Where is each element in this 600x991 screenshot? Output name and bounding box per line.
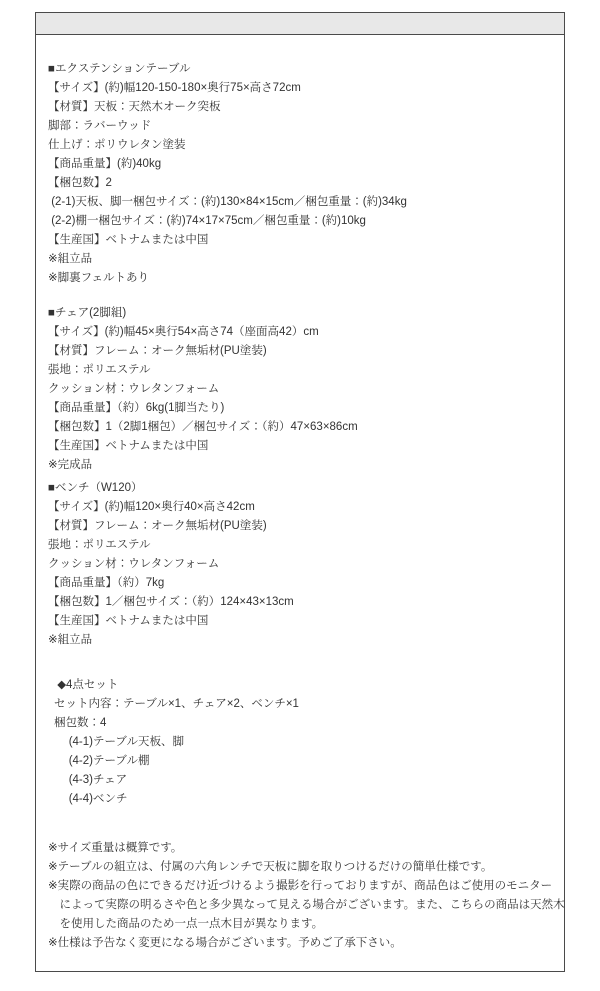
spec-line: 【材質】天板：天然木オーク突板 [48,98,556,117]
page-background: 天然木オーク材エクステンションダイニング【Festia】フェスティア ■エクステ… [0,0,600,991]
spec-line: 【サイズ】(約)幅120-150-180×奥行75×高さ72cm [48,79,556,98]
spec-line: 張地：ポリエステル [48,361,556,380]
spec-line: 【梱包数】1（2脚1梱包）／梱包サイズ：（約）47×63×86cm [48,418,556,437]
spec-line: 【梱包数】1／梱包サイズ：（約）124×43×13cm [48,593,556,612]
title-bar: 天然木オーク材エクステンションダイニング【Festia】フェスティア [36,13,564,35]
spec-line: (4-4)ベンチ [54,790,556,809]
spec-line: (2-1)天板、脚一梱包サイズ：(約)130×84×15cm／梱包重量：(約)3… [48,193,556,212]
section-extension-table: ■エクステンションテーブル【サイズ】(約)幅120-150-180×奥行75×高… [48,60,556,288]
spec-line: 【サイズ】(約)幅45×奥行54×高さ74（座面高42）cm [48,323,556,342]
spec-line: 【生産国】ベトナムまたは中国 [48,231,556,250]
spec-line: (4-2)テーブル棚 [54,752,556,771]
spec-line: ※組立品 [48,250,556,269]
section-four-piece-set: ◆4点セットセット内容：テーブル×1、チェア×2、ベンチ×1梱包数：4 (4-1… [54,676,556,809]
spec-line: 【サイズ】(約)幅120×奥行40×高さ42cm [48,498,556,517]
note-line: ※実際の商品の色にできるだけ近づけるよう撮影を行っておりますが、商品色はご使用の… [48,877,556,896]
spec-line: 張地：ポリエステル [48,536,556,555]
note-line: によって実際の明るさや色と多少異なって見える場合がございます。また、こちらの商品… [48,896,556,915]
note-line: ※仕様は予告なく変更になる場合がございます。予めご了承下さい。 [48,934,556,953]
section-heading: ◆4点セット [54,676,556,695]
spec-line: 脚部：ラバーウッド [48,117,556,136]
spec-line: 【商品重量】（約）7kg [48,574,556,593]
note-line: を使用した商品のため一点一点木目が異なります。 [48,915,556,934]
notes-block: ※サイズ重量は概算です。※テーブルの組立は、付属の六角レンチで天板に脚を取りつけ… [48,839,556,953]
section-bench: ■ベンチ（W120）【サイズ】(約)幅120×奥行40×高さ42cm【材質】フレ… [48,479,556,650]
spec-line: セット内容：テーブル×1、チェア×2、ベンチ×1 [54,695,556,714]
section-chair: ■チェア(2脚組)【サイズ】(約)幅45×奥行54×高さ74（座面高42）cm【… [48,304,556,475]
spec-line: 【商品重量】(約)40kg [48,155,556,174]
spec-line: 【材質】フレーム：オーク無垢材(PU塗装) [48,517,556,536]
spec-line: 【生産国】ベトナムまたは中国 [48,437,556,456]
section-heading: ■エクステンションテーブル [48,60,556,79]
note-line: ※テーブルの組立は、付属の六角レンチで天板に脚を取りつけるだけの簡単仕様です。 [48,858,556,877]
spec-line: 【生産国】ベトナムまたは中国 [48,612,556,631]
spec-line: (4-3)チェア [54,771,556,790]
section-heading: ■ベンチ（W120） [48,479,556,498]
spec-line: (2-2)棚一梱包サイズ：(約)74×17×75cm／梱包重量：(約)10kg [48,212,556,231]
spec-line: クッション材：ウレタンフォーム [48,555,556,574]
spec-line: ※脚裏フェルトあり [48,269,556,288]
spec-line: 【材質】フレーム：オーク無垢材(PU塗装) [48,342,556,361]
spec-line: 【商品重量】（約）6kg(1脚当たり) [48,399,556,418]
spec-sheet: 天然木オーク材エクステンションダイニング【Festia】フェスティア ■エクステ… [35,12,565,972]
spec-line: クッション材：ウレタンフォーム [48,380,556,399]
spec-line: (4-1)テーブル天板、脚 [54,733,556,752]
spec-line: 仕上げ：ポリウレタン塗装 [48,136,556,155]
spec-line: ※組立品 [48,631,556,650]
spec-content: ■エクステンションテーブル【サイズ】(約)幅120-150-180×奥行75×高… [36,35,564,953]
spec-sections: ■エクステンションテーブル【サイズ】(約)幅120-150-180×奥行75×高… [48,60,556,809]
note-line: ※サイズ重量は概算です。 [48,839,556,858]
spec-line: 【梱包数】2 [48,174,556,193]
spec-line: 梱包数：4 [54,714,556,733]
section-heading: ■チェア(2脚組) [48,304,556,323]
spec-line: ※完成品 [48,456,556,475]
